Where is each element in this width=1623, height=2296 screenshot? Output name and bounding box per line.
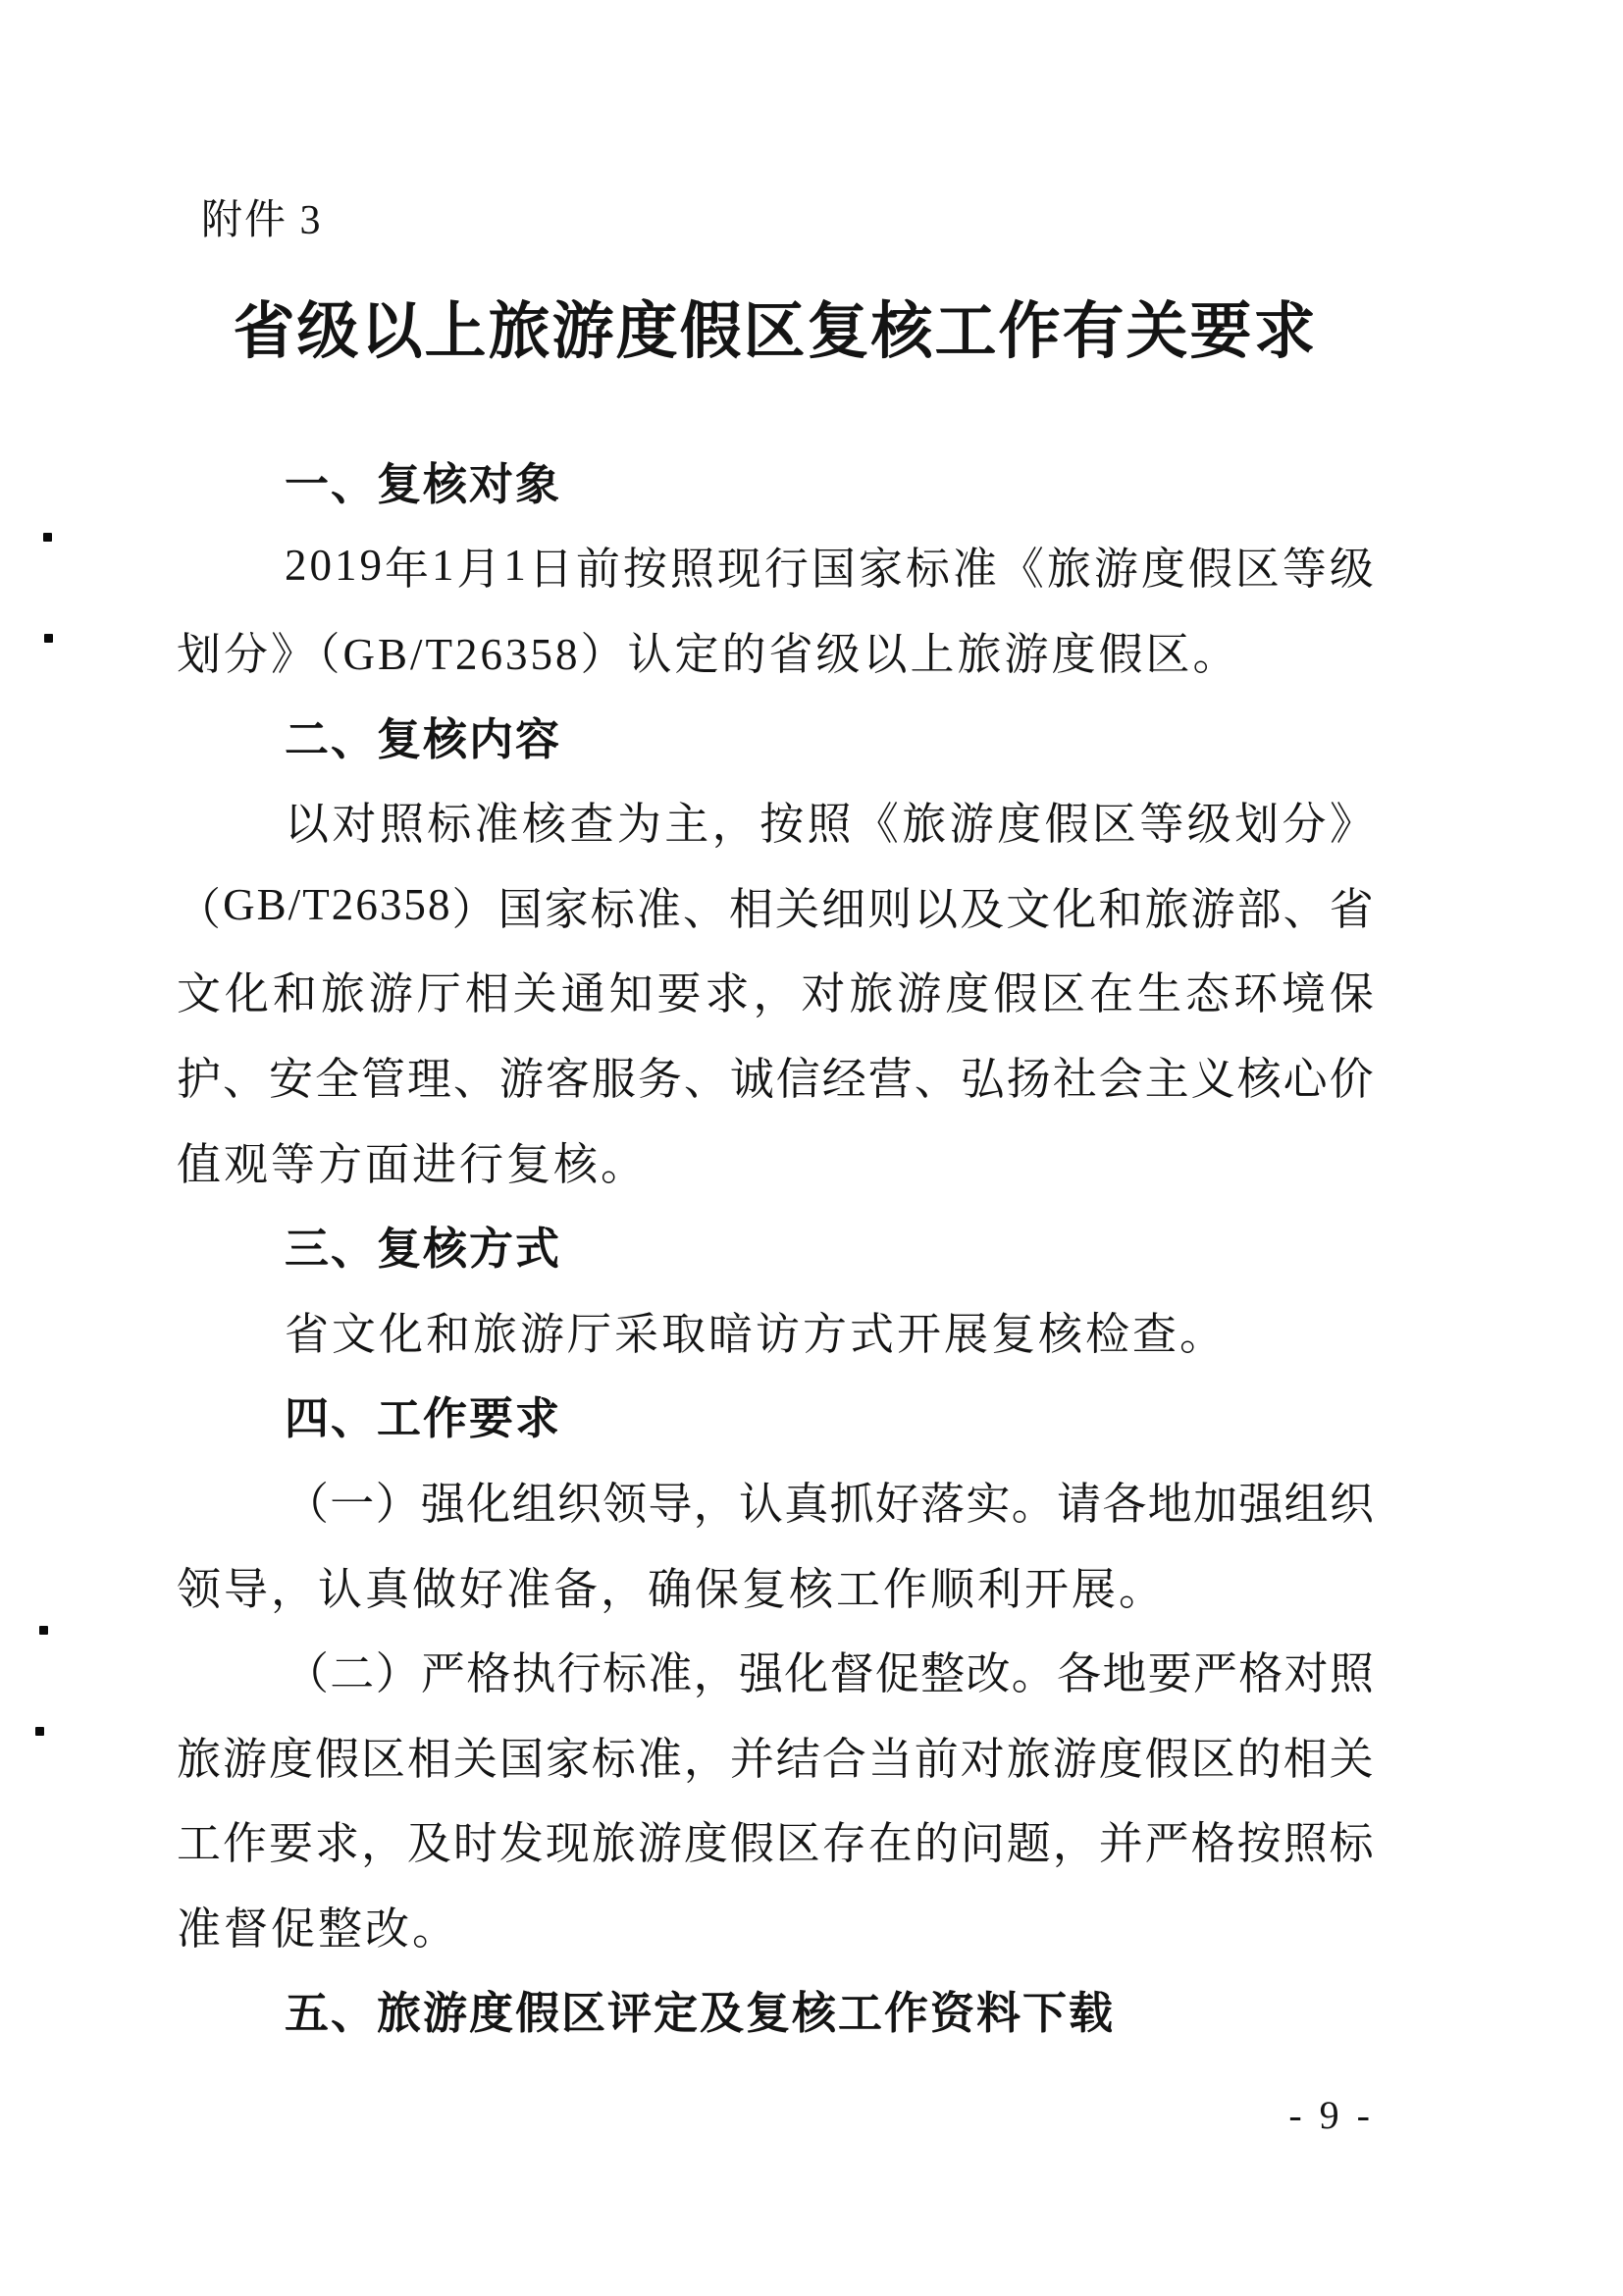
scan-speck — [44, 634, 53, 643]
attachment-label: 附件 3 — [201, 196, 323, 245]
document-line: （一）强化组织领导，认真抓好落实。请各地加强组织 — [177, 1457, 1374, 1542]
document-line: 护、安全管理、游客服务、诚信经营、弘扬社会主义核心价 — [177, 1032, 1374, 1118]
section-heading: 二、复核内容 — [177, 693, 1374, 778]
scan-speck — [35, 1727, 44, 1736]
document-line: （GB/T26358）国家标准、相关细则以及文化和旅游部、省 — [177, 862, 1374, 948]
scan-speck — [43, 533, 52, 542]
section-heading: 三、复核方式 — [177, 1202, 1374, 1287]
document-line: 旅游度假区相关国家标准，并结合当前对旅游度假区的相关 — [177, 1712, 1374, 1798]
document-title: 省级以上旅游度假区复核工作有关要求 — [177, 287, 1374, 377]
document-line: 以对照标准核查为主，按照《旅游度假区等级划分》 — [177, 777, 1374, 862]
document-line: 省文化和旅游厅采取暗访方式开展复核检查。 — [177, 1287, 1374, 1373]
document-lines: 一、复核对象2019年1月1日前按照现行国家标准《旅游度假区等级划分》（GB/T… — [177, 438, 1374, 2052]
page-number: - 9 - — [177, 2092, 1374, 2138]
document-line: 领导，认真做好准备，确保复核工作顺利开展。 — [177, 1542, 1374, 1628]
section-heading: 五、旅游度假区评定及复核工作资料下载 — [177, 1967, 1374, 2053]
document-line: （二）严格执行标准，强化督促整改。各地要严格对照 — [177, 1627, 1374, 1712]
document-line: 工作要求，及时发现旅游度假区存在的问题，并严格按照标 — [177, 1798, 1374, 1883]
section-heading: 四、工作要求 — [177, 1373, 1374, 1458]
document-line: 2019年1月1日前按照现行国家标准《旅游度假区等级 — [177, 523, 1374, 608]
document-line: 划分》（GB/T26358）认定的省级以上旅游度假区。 — [177, 607, 1374, 693]
scan-speck — [39, 1626, 48, 1635]
document-line: 值观等方面进行复核。 — [177, 1118, 1374, 1203]
document-page: 附件 3 省级以上旅游度假区复核工作有关要求 一、复核对象2019年1月1日前按… — [0, 0, 1623, 2296]
document-line: 准督促整改。 — [177, 1882, 1374, 1967]
document-line: 文化和旅游厅相关通知要求，对旅游度假区在生态环境保 — [177, 948, 1374, 1033]
section-heading: 一、复核对象 — [177, 438, 1374, 523]
